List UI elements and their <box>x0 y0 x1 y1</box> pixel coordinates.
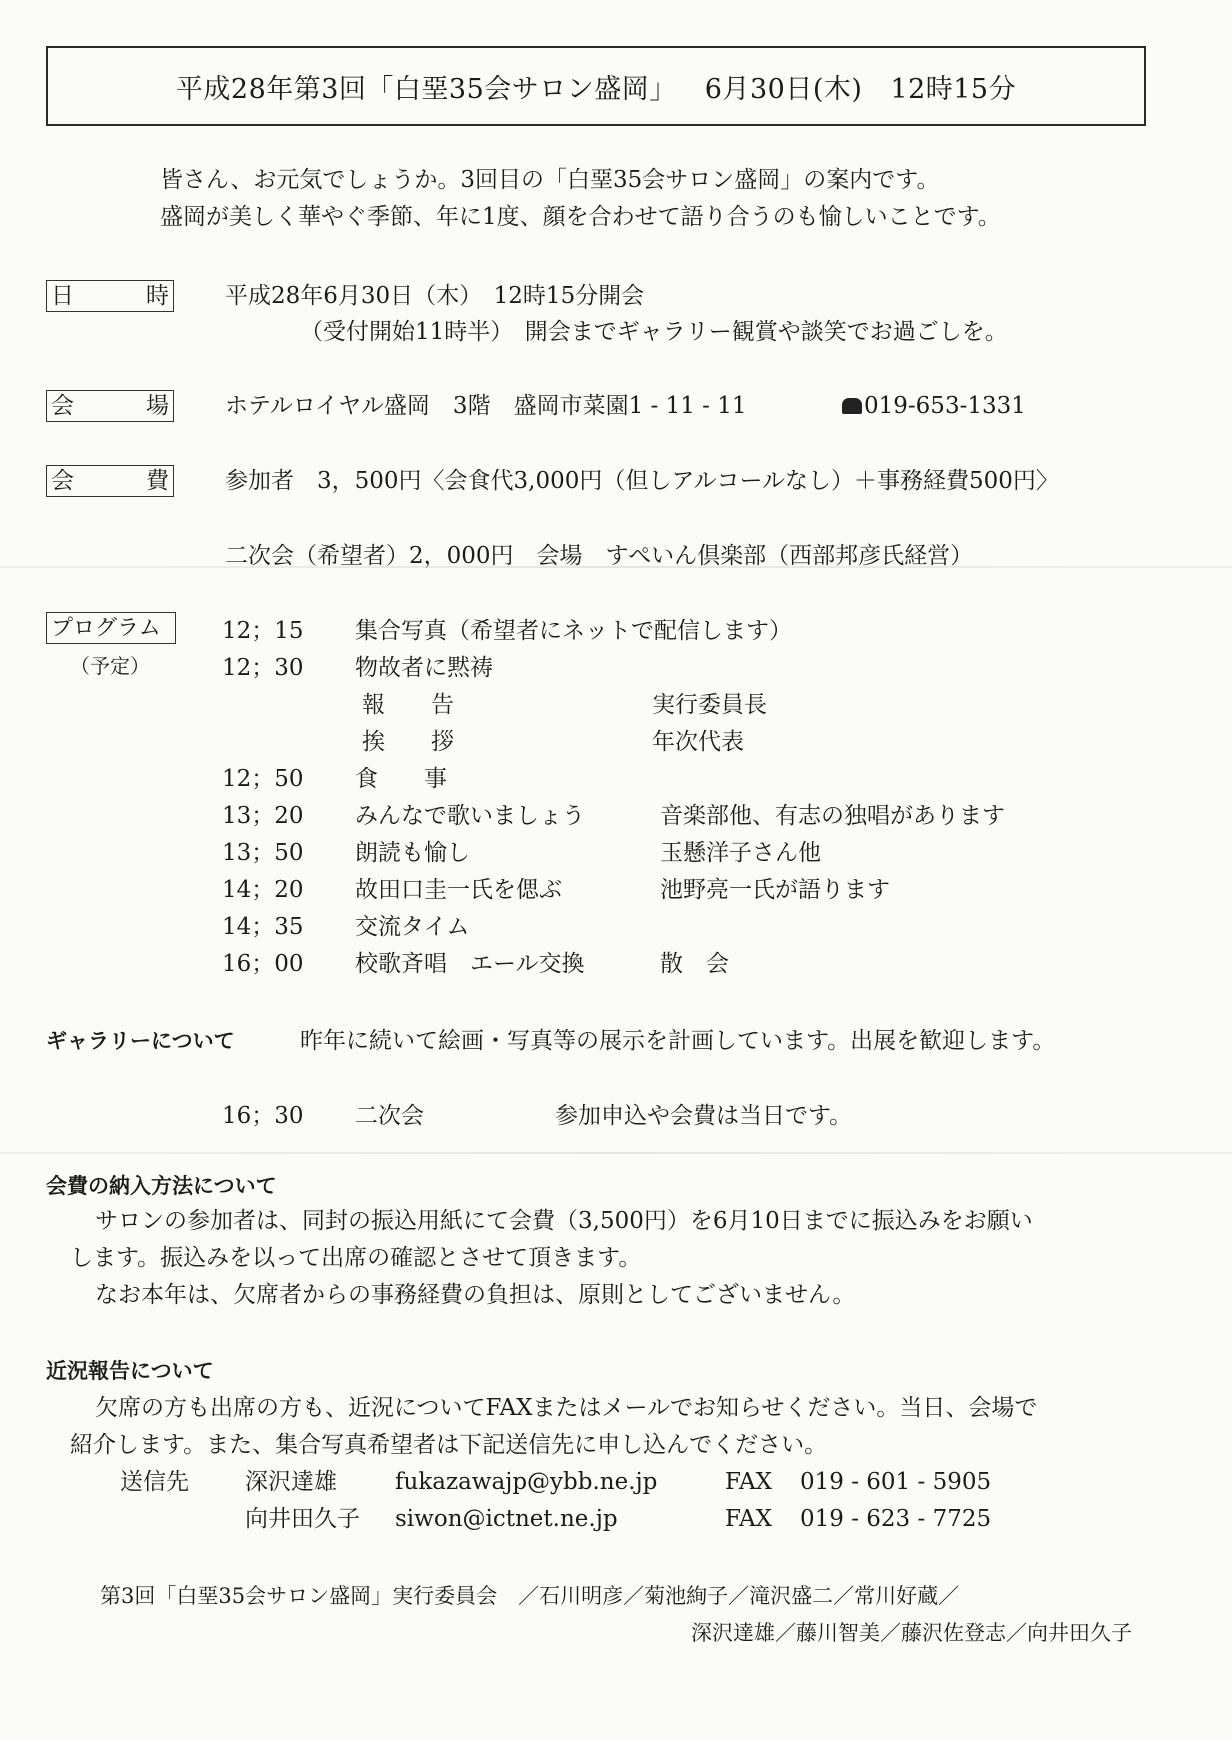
program-item: 食 事 <box>355 760 447 793</box>
program-item: 故田口圭一氏を偲ぶ <box>355 871 562 904</box>
label-char: 費 <box>146 467 169 496</box>
report-line-2: 紹介します。また、集合写真希望者は下記送信先に申し込んでください。 <box>70 1429 827 1461</box>
paper-fold-line <box>0 1152 1232 1154</box>
program-sublabel: （予定） <box>70 650 150 682</box>
fee-line-1: 参加者 3，500円〈会食代3,000円（但しアルコールなし）＋事務経費500円… <box>225 465 1059 497</box>
program-note: 玉懸洋子さん他 <box>660 834 821 867</box>
program-item: 朗読も愉し <box>355 834 470 867</box>
telephone-icon <box>842 398 862 414</box>
program-time: 12；15 <box>222 612 304 645</box>
program-note: 年次代表 <box>652 723 744 756</box>
label-fee: 会 費 <box>46 465 174 497</box>
phone-number: 019-653-1331 <box>864 393 1026 419</box>
report-line-1: 欠席の方も出席の方も、近況についてFAXまたはメールでお知らせください。当日、会… <box>95 1392 1037 1424</box>
after-party-note: 参加申込や会費は当日です。 <box>555 1097 852 1130</box>
program-time: 12；30 <box>222 649 304 682</box>
gallery-heading: ギャラリーについて <box>46 1025 235 1057</box>
contact-fax: 019 - 623 - 7725 <box>800 1503 991 1535</box>
send-to-label: 送信先 <box>120 1466 189 1498</box>
label-char: 日 <box>51 282 74 311</box>
label-char: 会 <box>51 467 74 496</box>
label-char: 会 <box>51 392 74 421</box>
label-char: 時 <box>146 282 169 311</box>
committee-line-1: 第3回「白堊35会サロン盛岡」実行委員会 ／石川明彦／菊池絢子／滝沢盛二／常川好… <box>100 1580 959 1612</box>
program-note: 池野亮一氏が語ります <box>660 871 890 904</box>
label-venue: 会 場 <box>46 390 174 422</box>
program-time: 13；20 <box>222 797 304 830</box>
contact-fax: 019 - 601 - 5905 <box>800 1466 991 1498</box>
title-box: 平成28年第3回「白堊35会サロン盛岡」 6月30日(木) 12時15分 <box>46 46 1146 126</box>
program-item: 物故者に黙祷 <box>355 649 493 682</box>
program-item: 挨 拶 <box>362 723 454 756</box>
program-time: 12；50 <box>222 760 304 793</box>
program-time: 14；35 <box>222 908 304 941</box>
intro-line-1: 皆さん、お元気でしょうか。3回目の「白堊35会サロン盛岡」の案内です。 <box>160 162 939 199</box>
paper-fold-line <box>0 566 1232 568</box>
committee-line-2: 深沢達雄／藤川智美／藤沢佐登志／向井田久子 <box>691 1617 1132 1649</box>
contact-name: 向井田久子 <box>245 1503 360 1535</box>
payment-line-3: なお本年は、欠席者からの事務経費の負担は、原則としてございません。 <box>95 1279 855 1311</box>
title-event-name: 平成28年第3回「白堊35会サロン盛岡」 <box>176 67 677 106</box>
program-item: 交流タイム <box>355 908 470 941</box>
contact-fax-label: FAX <box>725 1503 772 1535</box>
label-program: プログラム <box>46 612 176 644</box>
intro-line-2: 盛岡が美しく華やぐ季節、年に1度、顔を合わせて語り合うのも愉しいことです。 <box>160 199 1001 236</box>
title-time: 12時15分 <box>890 67 1016 106</box>
venue-address: ホテルロイヤル盛岡 3階 盛岡市菜園1 - 11 - 11 <box>225 390 747 422</box>
report-heading: 近況報告について <box>46 1355 214 1387</box>
contact-fax-label: FAX <box>725 1466 772 1498</box>
datetime-line-2: （受付開始11時半） 開会までギャラリー観賞や談笑でお過ごしを。 <box>300 316 1008 348</box>
program-time: 16；00 <box>222 945 304 978</box>
program-item: 校歌斉唱 エール交換 <box>355 945 585 978</box>
venue-phone: 019-653-1331 <box>842 390 1026 422</box>
program-time: 13；50 <box>222 834 304 867</box>
payment-line-2: します。振込みを以って出席の確認とさせて頂きます。 <box>70 1242 641 1274</box>
label-char: 場 <box>146 392 169 421</box>
contact-email[interactable]: fukazawajp@ybb.ne.jp <box>395 1466 657 1498</box>
contact-email[interactable]: siwon@ictnet.ne.jp <box>395 1503 618 1535</box>
datetime-line-1: 平成28年6月30日（木） 12時15分開会 <box>225 280 644 312</box>
program-item: 集合写真（希望者にネットで配信します） <box>355 612 792 645</box>
program-note: 散 会 <box>660 945 729 978</box>
payment-heading: 会費の納入方法について <box>46 1170 277 1202</box>
program-item: みんなで歌いましょう <box>355 797 585 830</box>
contact-name: 深沢達雄 <box>245 1466 337 1498</box>
label-datetime: 日 時 <box>46 280 174 312</box>
program-note: 実行委員長 <box>652 686 767 719</box>
program-time: 14；20 <box>222 871 304 904</box>
after-party-item: 二次会 <box>355 1097 424 1130</box>
payment-line-1: サロンの参加者は、同封の振込用紙にて会費（3,500円）を6月10日までに振込み… <box>95 1205 1033 1237</box>
after-party-time: 16；30 <box>222 1097 304 1130</box>
gallery-text: 昨年に続いて絵画・写真等の展示を計画しています。出展を歓迎します。 <box>300 1025 1055 1057</box>
title-date: 6月30日(木) <box>705 67 863 106</box>
program-note: 音楽部他、有志の独唱があります <box>660 797 1005 830</box>
program-item: 報 告 <box>362 686 454 719</box>
